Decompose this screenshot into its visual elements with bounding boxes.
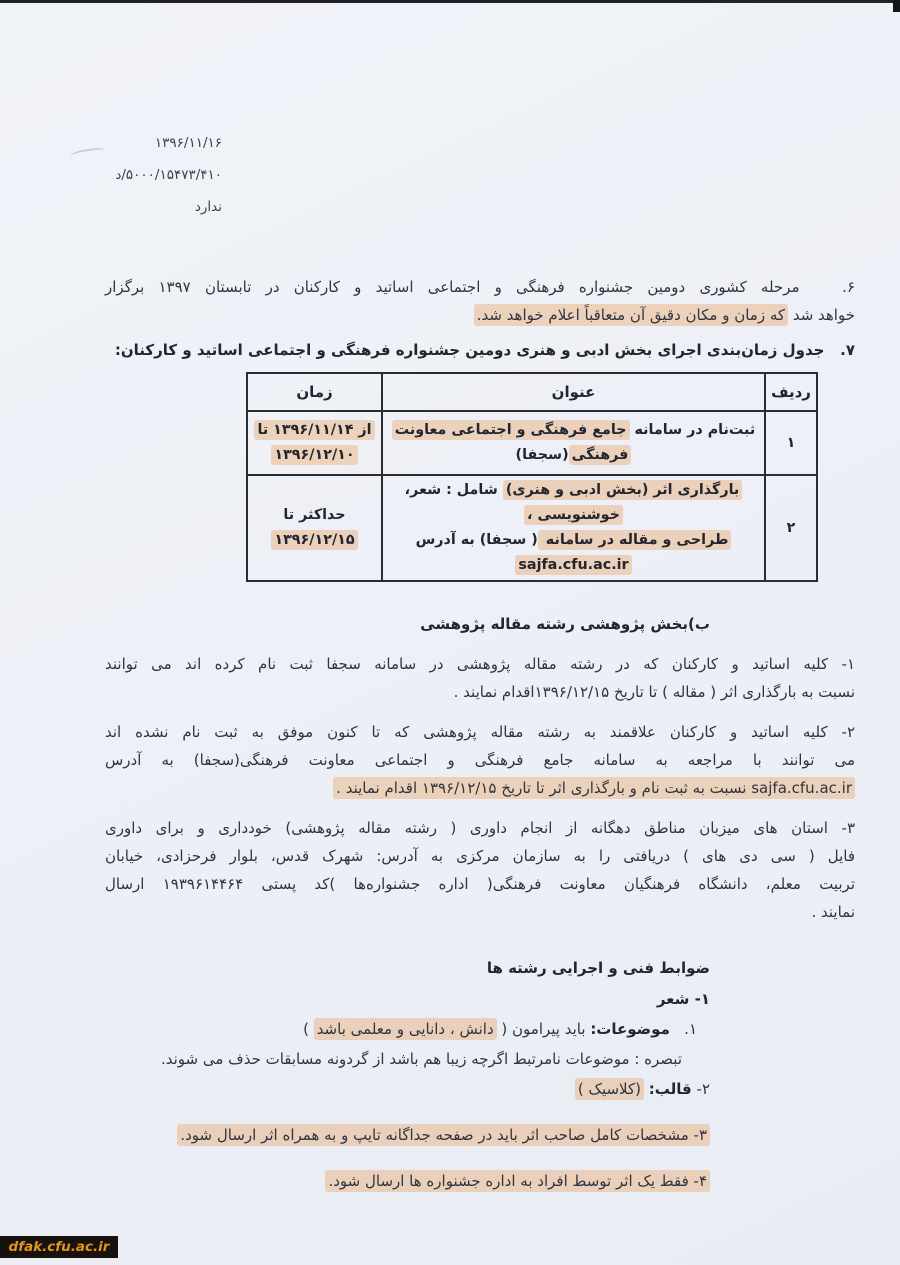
text-segment: باید پیرامون ( [497,1020,591,1038]
column-header-title: عنوان [382,373,765,411]
time-cell: از ۱۳۹۶/۱۱/۱۴ تا۱۳۹۶/۱۲/۱۰ [247,411,382,475]
text-line: ۲- قالب: (کلاسیک ) [105,1075,710,1103]
topics-rule-item: ۱. موضوعات: باید پیرامون ( دانش ، دانایی… [105,1015,697,1043]
text-line: تربیت معلم، دانشگاه فرهنگیان معاونت فرهن… [105,870,855,898]
text-line: ۳- استان های میزبان مناطق دهگانه از انجا… [105,814,855,842]
text-segment: ۱- کلیه اساتید و کارکنان که در رشته مقال… [105,655,855,673]
text-line: از ۱۳۹۶/۱۱/۱۴ تا [252,418,377,443]
text-line: ضوابط فنی و اجرایی رشته ها [105,954,710,982]
text-segment: ضوابط فنی و اجرایی رشته ها [487,959,710,977]
table-row: ۲بارگذاری اثر (بخش ادبی و هنری) شامل : ش… [247,475,817,581]
highlighted-text-segment: دانش ، دانایی و معلمی باشد [314,1018,497,1040]
text-segment: ثبت‌نام در سامانه [630,422,756,438]
highlighted-text-segment: sajfa.cfu.ac.ir نسبت به ثبت نام و بارگذا… [333,777,855,799]
highlighted-text-segment: ۱۳۹۶/۱۲/۱۰ [271,445,357,465]
item-7-table-caption: ۷. جدول زمان‌بندی اجرای بخش ادبی و هنری … [105,336,855,364]
highlighted-text-segment: (کلاسیک ) [575,1078,644,1100]
text-line: ۱- کلیه اساتید و کارکنان که در رشته مقال… [105,650,855,678]
column-header-time: زمان [247,373,382,411]
text-line: sajfa.cfu.ac.ir نسبت به ثبت نام و بارگذا… [105,774,855,802]
highlighted-text-segment: طراحی و مقاله در سامانه [538,530,732,550]
highlighted-text-segment: ۱۳۹۶/۱۲/۱۵ [271,530,357,550]
text-segment: فایل ( سی دی های ) دریافتی را به سازمان … [105,847,855,865]
text-line: ثبت‌نام در سامانه جامع فرهنگی و اجتماعی … [387,418,760,468]
schedule-table: ردیف عنوان زمان ۱ثبت‌نام در سامانه جامع … [246,372,818,582]
site-watermark: dfak.cfu.ac.ir [0,1236,118,1258]
letter-number: ۵۰۰۰/۱۵۴۷۳/۴۱۰/د [98,165,222,185]
text-segment: نسبت به بارگذاری اثر ( مقاله ) تا تاریخ … [454,683,855,701]
body-blocks-before-table: ۶. مرحله کشوری دومین جشنواره فرهنگی و اج… [105,273,855,364]
text-line: ۱۳۹۶/۱۲/۱۵ [252,528,377,553]
text-line: تبصره : موضوعات نامرتبط اگرچه زیبا هم با… [105,1045,682,1073]
text-segment: خواهد شد [788,306,855,324]
highlighted-text-segment: ۳- مشخصات کامل صاحب اثر باید در صفحه جدا… [177,1124,710,1146]
text-segment: ) [303,1020,314,1038]
letter-reference-stamp: ۱۳۹۶/۱۱/۱۶ ۵۰۰۰/۱۵۴۷۳/۴۱۰/د ندارد [98,133,222,229]
text-line: ۷. جدول زمان‌بندی اجرای بخش ادبی و هنری … [105,336,855,364]
scan-top-edge [0,0,900,3]
row-number-cell: ۱ [765,411,817,475]
note-rule-item: تبصره : موضوعات نامرتبط اگرچه زیبا هم با… [105,1045,682,1073]
highlighted-text-segment: بارگذاری اثر (بخش ادبی و هنری) [503,480,742,500]
letter-date: ۱۳۹۶/۱۱/۱۶ [98,133,222,153]
text-segment: ( سجفا) به آدرس [416,532,538,548]
text-segment: قالب: [649,1080,692,1098]
text-line: ۱۳۹۶/۱۲/۱۰ [252,443,377,468]
scanned-letter-page: ۱۳۹۶/۱۱/۱۶ ۵۰۰۰/۱۵۴۷۳/۴۱۰/د ندارد ۶. مرح… [0,0,900,1265]
item-6-paragraph: ۶. مرحله کشوری دومین جشنواره فرهنگی و اج… [105,273,855,329]
text-segment: موضوعات: [590,1020,670,1038]
text-segment: ۲- [692,1080,710,1098]
format-rule-item: ۲- قالب: (کلاسیک ) [105,1075,710,1103]
title-cell: بارگذاری اثر (بخش ادبی و هنری) شامل : شع… [382,475,765,581]
highlighted-text-segment: خوشنویسی ، [524,505,623,525]
row-number-cell: ۲ [765,475,817,581]
text-segment: ب)بخش پژوهشی رشته مقاله پژوهشی [420,615,710,633]
title-cell: ثبت‌نام در سامانه جامع فرهنگی و اجتماعی … [382,411,765,475]
text-segment: ۲- کلیه اساتید و کارکنان علاقمند به رشته… [105,723,855,741]
text-segment: ۱. [670,1020,697,1038]
section-b-heading: ب)بخش پژوهشی رشته مقاله پژوهشی [105,610,710,638]
table-row: ۱ثبت‌نام در سامانه جامع فرهنگی و اجتماعی… [247,411,817,475]
poetry-sub-heading: ۱- شعر [105,985,710,1013]
text-segment: ۷. جدول زمان‌بندی اجرای بخش ادبی و هنری … [115,341,855,359]
schedule-table-header-row: ردیف عنوان زمان [247,373,817,411]
text-segment: حداکثر تا [283,507,345,523]
text-segment: تربیت معلم، دانشگاه فرهنگیان معاونت فرهن… [105,875,855,893]
highlighted-text-segment: از ۱۳۹۶/۱۱/۱۴ تا [254,420,374,440]
scan-corner-mark [893,0,900,12]
text-segment: نمایند . [811,903,855,921]
text-line: ۳- مشخصات کامل صاحب اثر باید در صفحه جدا… [105,1121,710,1149]
text-segment: شامل : شعر، [405,482,503,498]
research-paragraph-3: ۳- استان های میزبان مناطق دهگانه از انجا… [105,814,855,926]
text-line: نمایند . [105,898,855,926]
highlighted-text-segment: sajfa.cfu.ac.ir [515,555,631,575]
highlighted-text-segment: ۴- فقط یک اثر توسط افراد به اداره جشنوار… [325,1170,710,1192]
research-paragraph-2: ۲- کلیه اساتید و کارکنان علاقمند به رشته… [105,718,855,802]
text-segment: (سجفا) [516,447,569,463]
text-segment: تبصره : موضوعات نامرتبط اگرچه زیبا هم با… [161,1050,682,1068]
text-line: نسبت به بارگذاری اثر ( مقاله ) تا تاریخ … [105,678,855,706]
text-line: می توانند با مراجعه به سامانه جامع فرهنگ… [105,746,855,774]
text-line: ۶. مرحله کشوری دومین جشنواره فرهنگی و اج… [105,273,855,301]
body-blocks-after-table: ب)بخش پژوهشی رشته مقاله پژوهشی۱- کلیه اس… [105,610,855,1195]
single-work-rule-item: ۴- فقط یک اثر توسط افراد به اداره جشنوار… [105,1167,710,1195]
text-line: ۴- فقط یک اثر توسط افراد به اداره جشنوار… [105,1167,710,1195]
text-line: ب)بخش پژوهشی رشته مقاله پژوهشی [105,610,710,638]
text-line: خواهد شد که زمان و مکان دقیق آن متعاقباً… [105,301,855,329]
text-segment: می توانند با مراجعه به سامانه جامع فرهنگ… [105,751,855,769]
text-segment: ۳- استان های میزبان مناطق دهگانه از انجا… [105,819,855,837]
time-cell: حداکثر تا۱۳۹۶/۱۲/۱۵ [247,475,382,581]
highlighted-text-segment: جامع فرهنگی و اجتماعی معاونت فرهنگی [392,420,632,465]
letter-attachment-status: ندارد [98,197,222,217]
text-line: ۲- کلیه اساتید و کارکنان علاقمند به رشته… [105,718,855,746]
letter-body: ۶. مرحله کشوری دومین جشنواره فرهنگی و اج… [105,271,855,1195]
text-line: ۱. موضوعات: باید پیرامون ( دانش ، دانایی… [105,1015,697,1043]
text-segment: ۱- شعر [657,990,710,1008]
research-paragraph-1: ۱- کلیه اساتید و کارکنان که در رشته مقال… [105,650,855,706]
text-line: فایل ( سی دی های ) دریافتی را به سازمان … [105,842,855,870]
text-line: بارگذاری اثر (بخش ادبی و هنری) شامل : شع… [387,478,760,528]
text-line: حداکثر تا [252,503,377,528]
author-info-rule-item: ۳- مشخصات کامل صاحب اثر باید در صفحه جدا… [105,1121,710,1149]
rules-section-heading: ضوابط فنی و اجرایی رشته ها [105,954,710,982]
text-line: طراحی و مقاله در سامانه ( سجفا) به آدرس … [387,528,760,578]
text-line: ۱- شعر [105,985,710,1013]
text-segment: ۶. مرحله کشوری دومین جشنواره فرهنگی و اج… [105,278,855,296]
highlighted-text-segment: که زمان و مکان دقیق آن متعاقباً اعلام خو… [474,304,788,326]
column-header-row-number: ردیف [765,373,817,411]
